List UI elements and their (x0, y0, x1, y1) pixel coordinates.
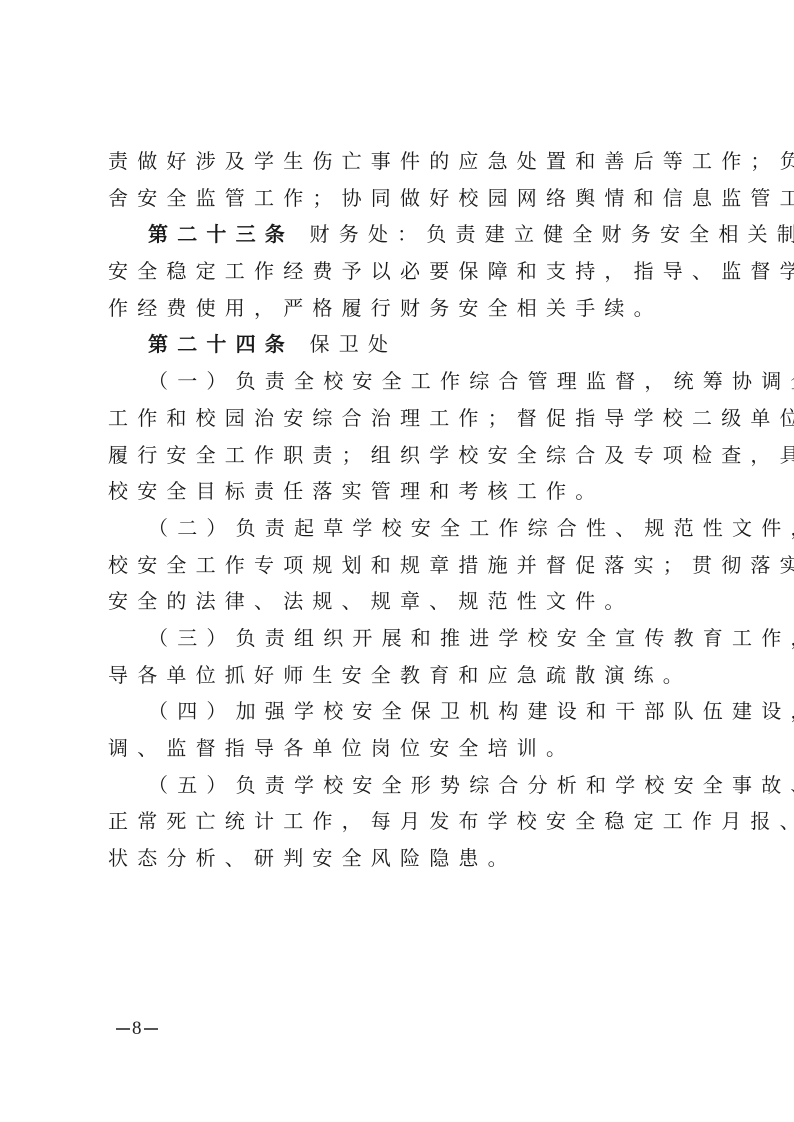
list-item-3: （三）负责组织开展和推进学校安全宣传教育工作，督促指 导各单位抓好师生安全教育和… (108, 620, 698, 693)
list-item-5: （五）负责学校安全形势综合分析和学校安全事故、师生非 正常死亡统计工作，每月发布… (108, 767, 698, 877)
page-number: 8 (116, 1018, 158, 1040)
article-24: 第二十四条 保卫处 (108, 326, 698, 363)
article-heading: 第二十三条 (148, 222, 294, 246)
paragraph-continuation: 责做好涉及学生伤亡事件的应急处置和善后等工作；负责学生宿 舍安全监管工作；协同做… (108, 143, 698, 216)
text-line: （五）负责学校安全形势综合分析和学校安全事故、师生非 (108, 767, 698, 804)
text-line: 导各单位抓好师生安全教育和应急疏散演练。 (108, 657, 698, 694)
article-text: 保卫处 (294, 332, 397, 356)
text-line: 责做好涉及学生伤亡事件的应急处置和善后等工作；负责学生宿 (108, 143, 698, 180)
text-line: 校安全工作专项规划和规章措施并督促落实；贯彻落实涉及学校 (108, 547, 698, 584)
text-line: 履行安全工作职责；组织学校安全综合及专项检查，具体实施学 (108, 437, 698, 474)
text-line: 校安全目标责任落实管理和考核工作。 (108, 473, 698, 510)
article-heading: 第二十四条 (148, 332, 294, 356)
text-line: （三）负责组织开展和推进学校安全宣传教育工作，督促指 (108, 620, 698, 657)
text-line: 安全的法律、法规、规章、规范性文件。 (108, 583, 698, 620)
article-23: 第二十三条 财务处：负责建立健全财务安全相关制度，对 安全稳定工作经费予以必要保… (108, 216, 698, 326)
document-body: 责做好涉及学生伤亡事件的应急处置和善后等工作；负责学生宿 舍安全监管工作；协同做… (108, 143, 698, 877)
article-text: 财务处：负责建立健全财务安全相关制度，对 (294, 222, 794, 246)
text-line: （一）负责全校安全工作综合管理监督，统筹协调全校安全 (108, 363, 698, 400)
text-line: 状态分析、研判安全风险隐患。 (108, 840, 698, 877)
text-line: （二）负责起草学校安全工作综合性、规范性文件，制定学 (108, 510, 698, 547)
text-line: 安全稳定工作经费予以必要保障和支持，指导、监督学校安全工 (108, 253, 698, 290)
text-line: 第二十三条 财务处：负责建立健全财务安全相关制度，对 (108, 216, 698, 253)
dash-left (116, 1028, 130, 1030)
text-line: （四）加强学校安全保卫机构建设和干部队伍建设，组织协 (108, 693, 698, 730)
dash-right (144, 1028, 158, 1030)
text-line: 舍安全监管工作；协同做好校园网络舆情和信息监管工作。 (108, 180, 698, 217)
list-item-2: （二）负责起草学校安全工作综合性、规范性文件，制定学 校安全工作专项规划和规章措… (108, 510, 698, 620)
text-line: 调、监督指导各单位岗位安全培训。 (108, 730, 698, 767)
text-line: 正常死亡统计工作，每月发布学校安全稳定工作月报、完成安全 (108, 803, 698, 840)
text-line: 作经费使用，严格履行财务安全相关手续。 (108, 290, 698, 327)
text-line: 工作和校园治安综合治理工作；督促指导学校二级单位依法依规 (108, 400, 698, 437)
page-number-value: 8 (130, 1018, 144, 1040)
text-line: 第二十四条 保卫处 (108, 326, 698, 363)
list-item-1: （一）负责全校安全工作综合管理监督，统筹协调全校安全 工作和校园治安综合治理工作… (108, 363, 698, 510)
list-item-4: （四）加强学校安全保卫机构建设和干部队伍建设，组织协 调、监督指导各单位岗位安全… (108, 693, 698, 766)
